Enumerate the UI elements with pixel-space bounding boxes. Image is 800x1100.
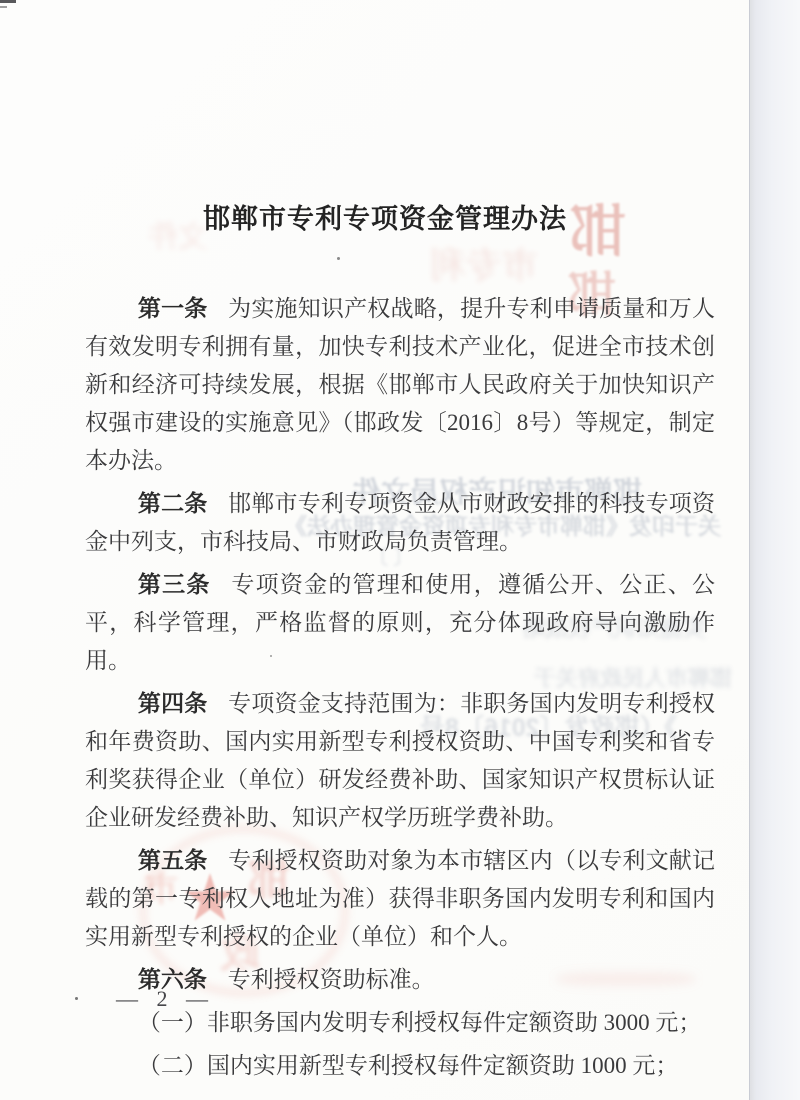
article-text: （一）非职务国内发明专利授权每件定额资助 3000 元； <box>138 1010 702 1035</box>
dust-speck <box>75 997 78 1000</box>
page-number: — 2 — <box>116 986 210 1012</box>
article-number: 第三条 <box>138 571 211 597</box>
article-paragraph: （二）国内实用新型专利授权每件定额资助 1000 元； <box>85 1046 715 1085</box>
article-text: 专利授权资助标准。 <box>228 967 435 992</box>
article-number: 第二条 <box>138 490 208 516</box>
document-page: 邯 邯 市专利 文件 邯郸市知识产权局文件 关于印发《邯郸市专利专项资金管理办法… <box>0 0 800 1100</box>
article-paragraph: 第四条专项资金支持范围为：非职务国内发明专利授权和年费资助、国内实用新型专利授权… <box>85 684 715 837</box>
scan-corner-mark <box>0 6 7 8</box>
scan-corner-mark <box>0 0 16 3</box>
article-paragraph: 第一条为实施知识产权战略，提升专利申请质量和万人有效发明专利拥有量，加快专利技术… <box>85 289 715 480</box>
article-number: 第一条 <box>138 295 208 321</box>
article-number: 第四条 <box>138 690 208 716</box>
document-body: 第一条为实施知识产权战略，提升专利申请质量和万人有效发明专利拥有量，加快专利技术… <box>85 289 715 1089</box>
bleedthrough-red-text: 市专利 <box>430 238 538 289</box>
article-paragraph: 第五条专利授权资助对象为本市辖区内（以专利文献记载的第一专利权人地址为准）获得非… <box>85 841 715 956</box>
article-text: 为实施知识产权战略，提升专利申请质量和万人有效发明专利拥有量，加快专利技术产业化… <box>85 296 715 473</box>
scan-edge-shadow <box>749 0 800 1100</box>
article-paragraph: 第二条邯郸市专利专项资金从市财政安排的科技专项资金中列支，市科技局、市财政局负责… <box>85 484 715 561</box>
document-title: 邯郸市专利专项资金管理办法 <box>85 197 685 236</box>
article-number: 第五条 <box>138 847 208 873</box>
article-text: （二）国内实用新型专利授权每件定额资助 1000 元； <box>138 1053 679 1078</box>
article-paragraph: 第三条专项资金的管理和使用，遵循公开、公正、公平，科学管理，严格监督的原则，充分… <box>85 565 715 680</box>
dust-speck <box>337 257 340 260</box>
